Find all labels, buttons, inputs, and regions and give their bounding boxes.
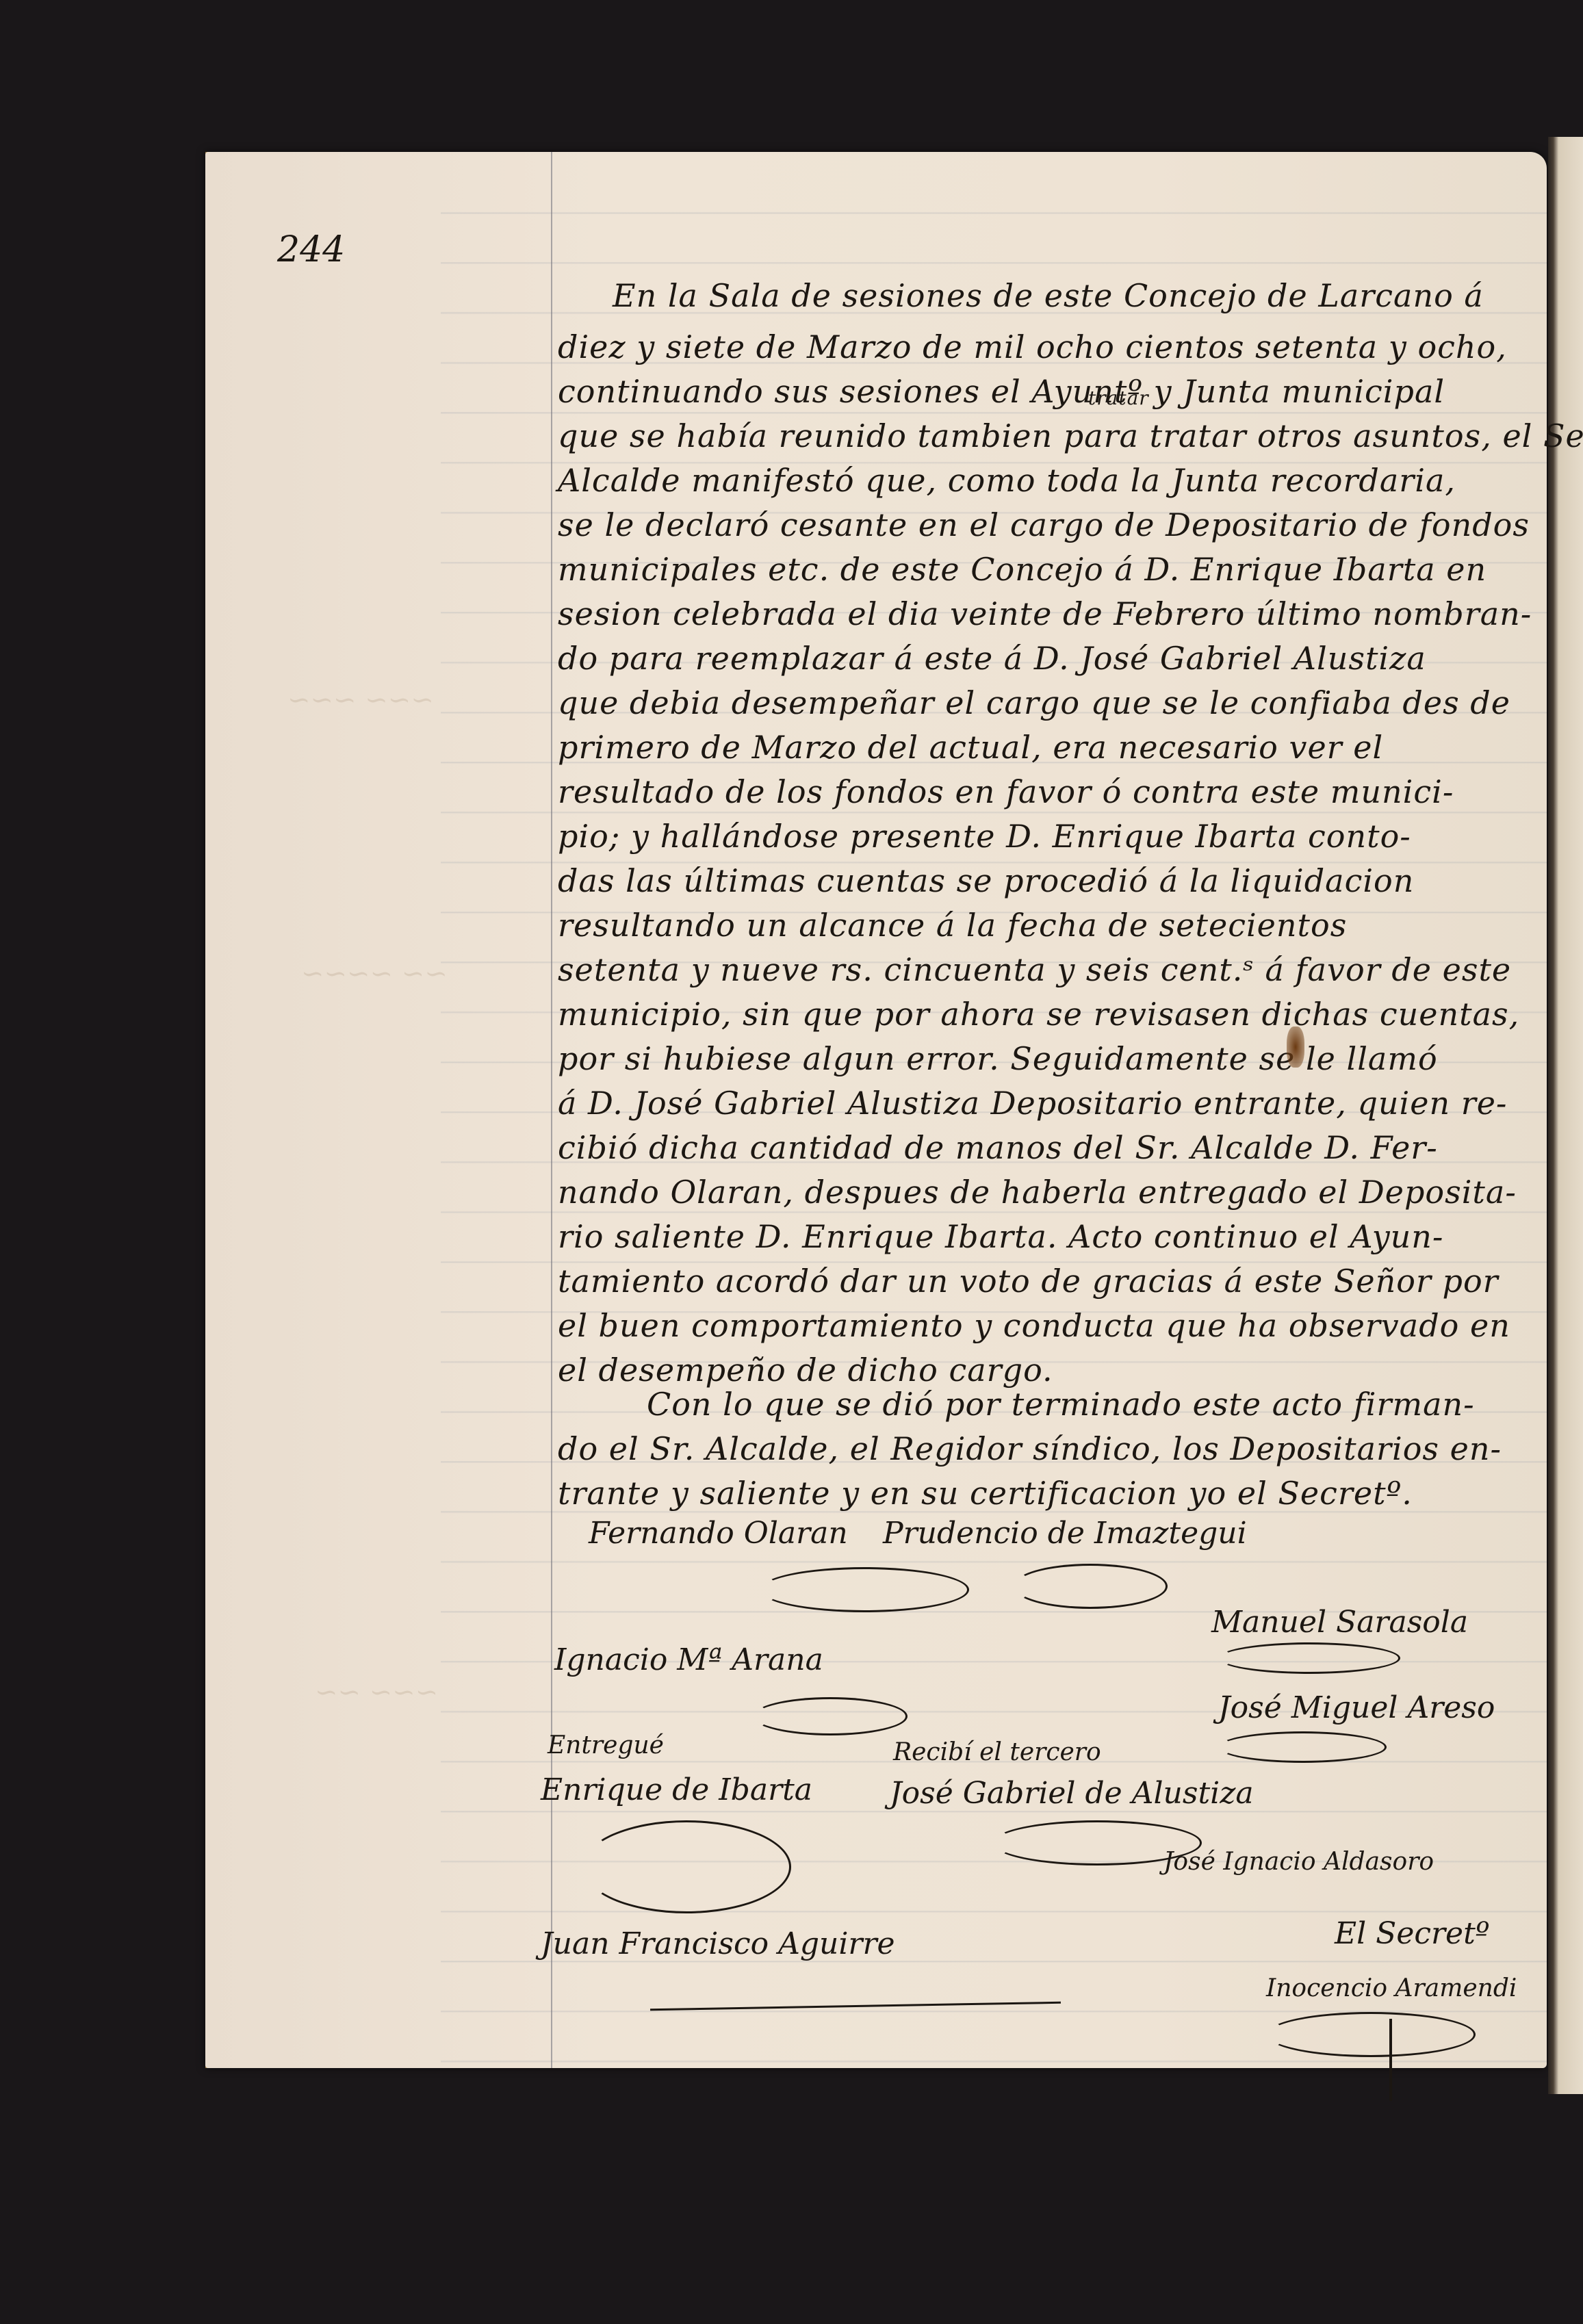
body-line: En la Sala de sesiones de este Concejo d… (613, 277, 1484, 314)
interlinear-insertion: tratar (1088, 387, 1149, 409)
body-line: cibió dicha cantidad de manos del Sr. Al… (558, 1129, 1438, 1166)
body-line: do para reemplazar á este á D. José Gabr… (558, 640, 1426, 677)
body-line: Alcalde manifestó que, como toda la Junt… (558, 462, 1456, 499)
bleed-through-mark: ~~~ ~~ (315, 1677, 438, 1708)
body-line: que debia desempeñar el cargo que se le … (558, 684, 1510, 721)
ink-stain (1287, 1027, 1304, 1068)
signature-note-recibi: Recibí el tercero (893, 1738, 1101, 1766)
body-line: nando Olaran, despues de haberla entrega… (558, 1174, 1517, 1211)
body-line: Con lo que se dió por terminado este act… (647, 1386, 1475, 1423)
signature-inocencio-aramendi: Inocencio Aramendi (1266, 1974, 1517, 2002)
signature-flourish-icon (1218, 1731, 1387, 1763)
bleed-through-mark: ~~~ ~~~ (287, 684, 434, 716)
body-line: se le declaró cesante en el cargo de Dep… (558, 506, 1530, 543)
signature-prudencio-imaztegui: Prudencio de Imaztegui (883, 1516, 1247, 1551)
body-line: resultando un alcance á la fecha de sete… (558, 907, 1347, 944)
bleed-through-mark: ~~ ~~~~ (301, 958, 448, 990)
body-line: do el Sr. Alcalde, el Regidor síndico, l… (558, 1430, 1502, 1467)
signature-jose-gabriel-alustiza: José Gabriel de Alustiza (890, 1776, 1254, 1811)
body-line: el desempeño de dicho cargo. (558, 1352, 1053, 1389)
signature-note-entregue: Entregué (548, 1731, 664, 1759)
signature-ignacio-arana: Ignacio Mª Arana (554, 1642, 823, 1677)
signature-jose-ignacio-aldasoro: José Ignacio Aldasoro (1163, 1848, 1434, 1876)
body-line: rio saliente D. Enrique Ibarta. Acto con… (558, 1218, 1443, 1255)
body-line: diez y siete de Marzo de mil ocho ciento… (558, 328, 1507, 365)
body-line: sesion celebrada el dia veinte de Febrer… (558, 595, 1532, 632)
body-line: á D. José Gabriel Alustiza Depositario e… (558, 1085, 1507, 1122)
body-line: el buen comportamiento y conducta que ha… (558, 1307, 1510, 1344)
signature-flourish-icon (1218, 1642, 1400, 1674)
body-line: continuando sus sesiones el Ayuntº y Jun… (558, 373, 1445, 410)
body-line: trante y saliente y en su certificacion … (558, 1475, 1413, 1512)
signature-jose-miguel-areso: José Miguel Areso (1218, 1690, 1495, 1725)
signature-flourish-icon (1013, 1564, 1168, 1609)
page-number: 244 (277, 229, 345, 270)
body-line: pio; y hallándose presente D. Enrique Ib… (558, 818, 1411, 855)
signature-manuel-sarasola: Manuel Sarasola (1211, 1605, 1468, 1640)
signature-flourish-icon (582, 1820, 791, 1913)
body-line: que se había reunido tambien para tratar… (558, 417, 1583, 454)
body-line: municipales etc. de este Concejo á D. En… (558, 551, 1487, 588)
signature-flourish-stroke (1389, 2019, 1392, 2101)
signature-fernando-olaran: Fernando Olaran (589, 1516, 848, 1551)
signature-note-secretario: El Secretº (1335, 1916, 1489, 1951)
signature-flourish-icon (760, 1567, 969, 1612)
signature-juan-francisco-aguirre: Juan Francisco Aguirre (541, 1926, 895, 1961)
body-line: primero de Marzo del actual, era necesar… (558, 729, 1383, 766)
signature-flourish-icon (753, 1697, 908, 1735)
body-line: das las últimas cuentas se procedió á la… (558, 862, 1414, 899)
body-line: setenta y nueve rs. cincuenta y seis cen… (558, 951, 1511, 988)
body-line: municipio, sin que por ahora se revisase… (558, 996, 1519, 1033)
body-line: por si hubiese algun error. Seguidamente… (558, 1040, 1438, 1077)
signature-enrique-ibarta: Enrique de Ibarta (541, 1772, 812, 1807)
signature-flourish-icon (1266, 2012, 1476, 2057)
body-line: tamiento acordó dar un voto de gracias á… (558, 1263, 1499, 1300)
body-line: resultado de los fondos en favor ó contr… (558, 773, 1454, 810)
